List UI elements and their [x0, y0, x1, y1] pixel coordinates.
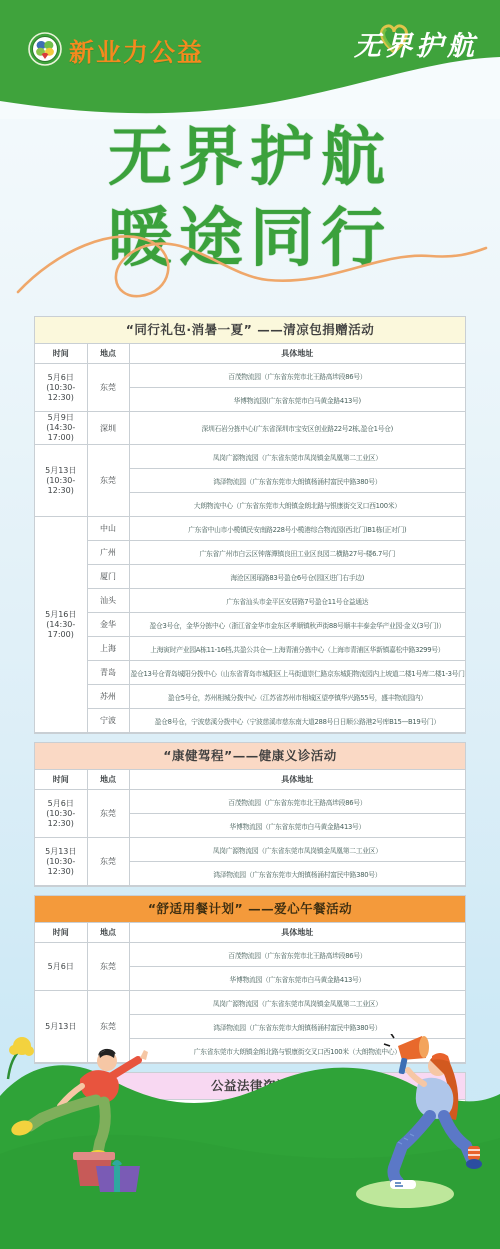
table-header-row: 时间地点具体地址 — [35, 770, 465, 790]
col-header-time: 时间 — [35, 770, 87, 790]
table-row: 苏州盈仓5号仓，苏州相城分拨中心（江苏省苏州市相城区望亭镇华兴路55号，盛丰物流… — [35, 685, 465, 709]
hero-line-2: 暖途同行 — [0, 199, 500, 280]
col-header-place: 地点 — [87, 923, 129, 943]
address-cell: 广东省汕头市金平区安居路7号盈仓11号仓益通达 — [129, 589, 465, 613]
address-cell: 凤岗广源物流园（广东省东莞市凤岗镇金凤凰第二工业区） — [129, 991, 465, 1015]
place-cell: 广州 — [87, 541, 129, 565]
col-header-time: 时间 — [35, 344, 87, 364]
time-cell: 5月13日(10:30-12:30) — [35, 838, 87, 886]
table-row: 5月16日(14:30-17:00)中山广东省中山市小榄镇民安南路228号小榄港… — [35, 517, 465, 541]
table-row: 青岛盈仓13号仓青岛城阳分拨中心（山东省青岛市城阳区上马街道崇仁路京东城阳物流园… — [35, 661, 465, 685]
col-header-address: 具体地址 — [129, 344, 465, 364]
hills-scene — [0, 1034, 500, 1249]
col-header-place: 地点 — [87, 770, 129, 790]
table-row: 上海上海寅时产业园A栋11-16档,共盈公共仓—上海青浦分拣中心（上海市青浦区华… — [35, 637, 465, 661]
place-cell: 青岛 — [87, 661, 129, 685]
address-cell: 盈仓3号仓，金华分拣中心（浙江省金华市金东区孝顺镇秋声街88号顺丰丰泰金华产业园… — [129, 613, 465, 637]
table-row: 5月6日(10:30-12:30)东莞百茂物流园（广东省东莞市北王路高埗段86号… — [35, 790, 465, 814]
place-cell: 中山 — [87, 517, 129, 541]
address-cell: 深圳石岩分拣中心(广东省深圳市宝安区创业路22号2栋,盈仓1号仓) — [129, 412, 465, 445]
table-row: 5月13日东莞凤岗广源物流园（广东省东莞市凤岗镇金凤凰第二工业区） — [35, 991, 465, 1015]
sections: “同行礼包·消暑一夏” ——清凉包捐赠活动时间地点具体地址5月6日(10:30-… — [34, 316, 466, 1153]
place-cell: 金华 — [87, 613, 129, 637]
place-cell: 厦门 — [87, 565, 129, 589]
time-cell: 5月9日(14:30-17:00) — [35, 412, 87, 445]
col-header-address: 具体地址 — [129, 923, 465, 943]
table-row: 汕头广东省汕头市金平区安居路7号盈仓11号仓益通达 — [35, 589, 465, 613]
table-header-row: 时间地点具体地址 — [35, 923, 465, 943]
section-title-lunch-plan: “舒适用餐计划” ——爱心午餐活动 — [35, 896, 465, 923]
time-cell: 5月6日(10:30-12:30) — [35, 790, 87, 838]
table-row: 5月9日(14:30-17:00)深圳深圳石岩分拣中心(广东省深圳市宝安区创业路… — [35, 412, 465, 445]
place-cell: 东莞 — [87, 943, 129, 991]
address-cell: 华博物流园(广东省东莞市白马黄金路413号) — [129, 388, 465, 412]
address-cell: 鸿泽物流园（广东省东莞市大朗镇杨涌村富民中路380号） — [129, 862, 465, 886]
address-cell: 盈仓13号仓青岛城阳分拨中心（山东省青岛市城阳区上马街道崇仁路京东城阳物流园内上… — [129, 661, 465, 685]
table-row: 5月6日(10:30-12:30)东莞百茂物流园（广东省东莞市北王路高埗段86号… — [35, 364, 465, 388]
col-header-address: 具体地址 — [129, 770, 465, 790]
hero-title: 无界护航 暖途同行 — [0, 118, 500, 314]
schedule-table-health-clinic: 时间地点具体地址5月6日(10:30-12:30)东莞百茂物流园（广东省东莞市北… — [35, 770, 465, 886]
address-cell: 盈仓5号仓，苏州相城分拨中心（江苏省苏州市相城区望亭镇华兴路55号，盛丰物流园内… — [129, 685, 465, 709]
place-cell: 上海 — [87, 637, 129, 661]
table-row: 5月13日(10:30-12:30)东莞凤岗广源物流园（广东省东莞市凤岗镇金凤凰… — [35, 445, 465, 469]
place-cell: 深圳 — [87, 412, 129, 445]
section-health-clinic: “康健驾程”——健康义诊活动时间地点具体地址5月6日(10:30-12:30)东… — [34, 742, 466, 887]
col-header-place: 地点 — [87, 344, 129, 364]
table-row: 广州广东省广州市白云区钟落潭镇良田工业区良园二横路27号-楼6.7号门 — [35, 541, 465, 565]
table-row: 5月13日(10:30-12:30)东莞凤岗广源物流园（广东省东莞市凤岗镇金凤凰… — [35, 838, 465, 862]
place-cell: 东莞 — [87, 838, 129, 886]
address-cell: 上海寅时产业园A栋11-16档,共盈公共仓—上海青浦分拣中心（上海市青浦区华新镇… — [129, 637, 465, 661]
place-cell: 东莞 — [87, 445, 129, 517]
hero-line-1: 无界护航 — [0, 118, 500, 199]
address-cell: 百茂物流园（广东省东莞市北王路高埗段86号） — [129, 790, 465, 814]
place-cell: 东莞 — [87, 790, 129, 838]
time-cell: 5月6日 — [35, 943, 87, 991]
address-cell: 广东省中山市小榄镇民安南路228号小榄港综合物流园(西北门)B1栋(正对门) — [129, 517, 465, 541]
place-cell: 东莞 — [87, 364, 129, 412]
time-cell: 5月16日(14:30-17:00) — [35, 517, 87, 733]
address-cell: 百茂物流园（广东省东莞市北王路高埗段86号） — [129, 364, 465, 388]
address-cell: 大朗物流中心（广东省东莞市大朗镇金朗北路与银康街交叉口西100米） — [129, 493, 465, 517]
address-cell: 凤岗广源物流园（广东省东莞市凤岗镇金凤凰第二工业区） — [129, 838, 465, 862]
address-cell: 海沧区囷瑶路83号盈仓6号仓(园区进门右手边) — [129, 565, 465, 589]
section-title-health-clinic: “康健驾程”——健康义诊活动 — [35, 743, 465, 770]
time-cell: 5月13日(10:30-12:30) — [35, 445, 87, 517]
section-cool-pack-donation: “同行礼包·消暑一夏” ——清凉包捐赠活动时间地点具体地址5月6日(10:30-… — [34, 316, 466, 734]
poster: 新业力公益 无界护航 无界护航 暖途同行 “同行礼包·消暑一夏” ——清凉包捐赠… — [0, 0, 500, 1249]
place-cell: 汕头 — [87, 589, 129, 613]
table-row: 5月6日东莞百茂物流园（广东省东莞市北王路高埗段86号） — [35, 943, 465, 967]
table-header-row: 时间地点具体地址 — [35, 344, 465, 364]
table-row: 厦门海沧区囷瑶路83号盈仓6号仓(园区进门右手边) — [35, 565, 465, 589]
header: 新业力公益 无界护航 — [0, 0, 500, 118]
address-cell: 广东省广州市白云区钟落潭镇良田工业区良园二横路27号-楼6.7号门 — [129, 541, 465, 565]
header-wave — [0, 49, 500, 119]
address-cell: 百茂物流园（广东省东莞市北王路高埗段86号） — [129, 943, 465, 967]
table-row: 金华盈仓3号仓，金华分拣中心（浙江省金华市金东区孝顺镇秋声街88号顺丰丰泰金华产… — [35, 613, 465, 637]
section-title-cool-pack-donation: “同行礼包·消暑一夏” ——清凉包捐赠活动 — [35, 317, 465, 344]
address-cell: 凤岗广源物流园（广东省东莞市凤岗镇金凤凰第二工业区） — [129, 445, 465, 469]
address-cell: 盈仓8号仓，宁波慈溪分拨中心（宁波慈溪市慈东南大道288号日日顺公路港2号库B1… — [129, 709, 465, 733]
table-row: 宁波盈仓8号仓，宁波慈溪分拨中心（宁波慈溪市慈东南大道288号日日顺公路港2号库… — [35, 709, 465, 733]
col-header-time: 时间 — [35, 923, 87, 943]
place-cell: 苏州 — [87, 685, 129, 709]
address-cell: 鸿泽物流园（广东省东莞市大朗镇杨涌村富民中路380号） — [129, 469, 465, 493]
address-cell: 华博物流园（广东省东莞市白马黄金路413号） — [129, 814, 465, 838]
time-cell: 5月6日(10:30-12:30) — [35, 364, 87, 412]
schedule-table-cool-pack-donation: 时间地点具体地址5月6日(10:30-12:30)东莞百茂物流园（广东省东莞市北… — [35, 344, 465, 733]
place-cell: 宁波 — [87, 709, 129, 733]
footer-illustration — [0, 1034, 500, 1249]
address-cell: 华博物流园（广东省东莞市白马黄金路413号） — [129, 967, 465, 991]
